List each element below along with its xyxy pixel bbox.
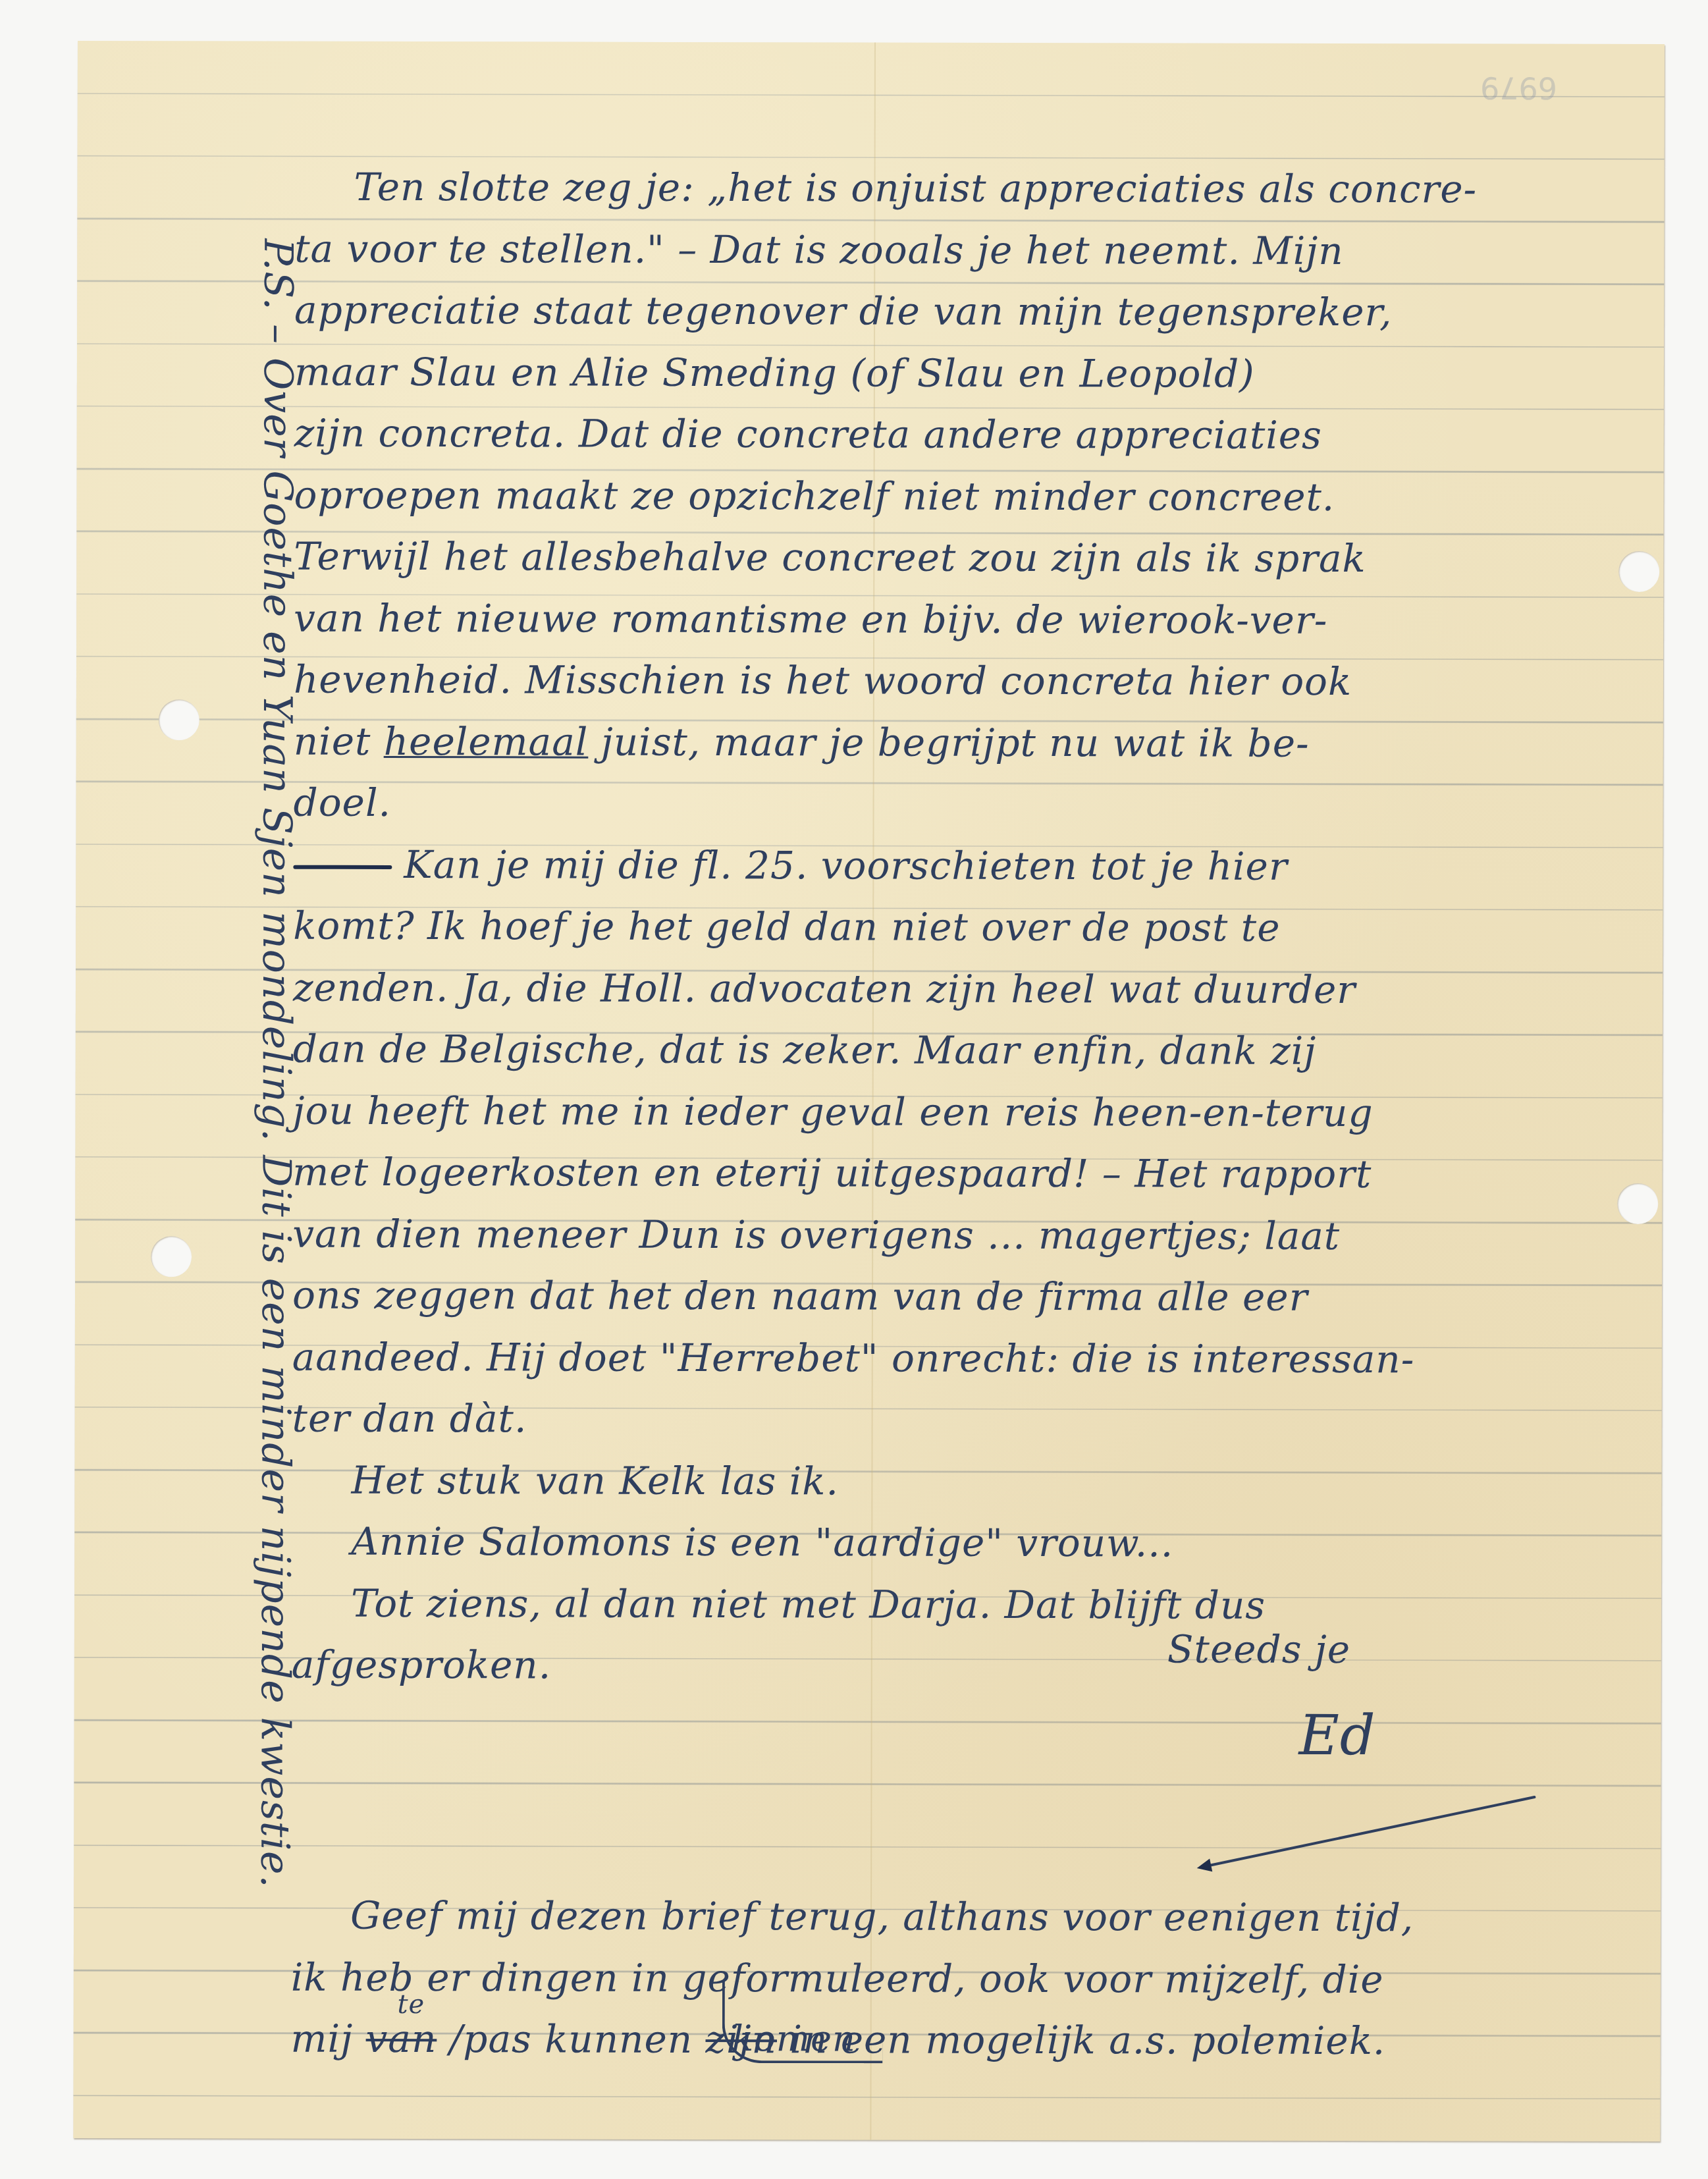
- letter-line: maar Slau en Alie Smeding (of Slau en Le…: [294, 341, 1664, 406]
- letter-line: Tot ziens, al dan niet met Darja. Dat bl…: [292, 1573, 1661, 1637]
- postscript-line: ik heb er dingen in geformuleerd, ook vo…: [291, 1947, 1661, 2011]
- letter-line: ons zeggen dat het den naam van de firma…: [292, 1265, 1662, 1330]
- signature: Ed: [1299, 1703, 1376, 1767]
- letter-line: Terwijl het allesbehalve concreet zou zi…: [294, 526, 1663, 591]
- letter-line: appreciatie staat tegenover die van mijn…: [294, 280, 1664, 344]
- letter-line: Annie Salomons is een "aardige" vrouw...: [292, 1511, 1661, 1576]
- letter-line-with-underline: niet heelemaal juist, maar je begrijpt n…: [294, 711, 1663, 775]
- letter-line: niet heelemaal juist, maar je begrijpt n…: [294, 718, 1310, 765]
- insertion-loop-mark: [722, 1981, 883, 2064]
- letter-line: dan de Belgische, dat is zeker. Maar enf…: [293, 1019, 1663, 1083]
- letter-line: Kan je mij die fl. 25. voorschieten tot …: [293, 834, 1663, 898]
- letter-line: komt? Ik hoef je het geld dan niet over …: [293, 896, 1663, 960]
- letter-line: zenden. Ja, die Holl. advocaten zijn hee…: [293, 957, 1663, 1021]
- letter-line: Het stuk van Kelk las ik.: [292, 1449, 1661, 1514]
- inserted-word: te: [397, 1991, 425, 2018]
- postscript-line-corrected: mij van te/pas kunnen zijn in een mogeli…: [291, 2008, 1661, 2073]
- paragraph-dash: [293, 865, 392, 869]
- letter-line: jou heeft het me in ieder geval een reis…: [292, 1080, 1662, 1144]
- letter-line: ta voor te stellen." – Dat is zooals je …: [294, 218, 1664, 282]
- letter-line: aandeed. Hij doet "Herrebet" onrecht: di…: [292, 1326, 1662, 1391]
- letter-line: ter dan dàt.: [292, 1388, 1662, 1453]
- letter-page: 6979 P.S. – Over Goethe en Yuan Sjen mon…: [73, 41, 1665, 2141]
- letter-body: Ten slotte zeg je: „het is onjuist appre…: [292, 157, 1665, 1699]
- punch-hole-left-top: [159, 699, 200, 740]
- letter-line: van dien meneer Dun is overigens ... mag…: [292, 1203, 1662, 1268]
- signature-arrow-icon: [1200, 1796, 1536, 1869]
- closing-phrase: Steeds je: [1167, 1627, 1350, 1672]
- letter-line-text: Kan je mij die fl. 25. voorschieten tot …: [404, 842, 1287, 889]
- punch-hole-left-bottom: [151, 1236, 192, 1277]
- letter-line: met logeerkosten en eterij uitgespaard! …: [292, 1142, 1662, 1206]
- struck-word: van: [366, 2016, 437, 2061]
- letter-line: hevenheid. Misschien is het woord concre…: [294, 649, 1663, 714]
- postscript-line: Geef mij dezen brief terug, althans voor…: [291, 1885, 1661, 1950]
- letter-line: oproepen maakt ze opzichzelf niet minder…: [294, 464, 1663, 529]
- letter-line: van het nieuwe romantisme en bijv. de wi…: [294, 587, 1663, 652]
- letter-line: zijn concreta. Dat die concreta andere a…: [294, 403, 1664, 468]
- word: mij: [291, 2016, 354, 2061]
- letter-line: Ten slotte zeg je: „het is onjuist appre…: [294, 157, 1664, 221]
- faint-archive-stamp: 6979: [1480, 70, 1557, 105]
- underlined-word: heelemaal: [384, 718, 589, 764]
- letter-line: doel.: [293, 772, 1663, 837]
- letter-line: afgesproken.: [292, 1634, 1661, 1699]
- bottom-postscript: Geef mij dezen brief terug, althans voor…: [291, 1885, 1661, 2073]
- word: pas kunnen: [463, 2016, 693, 2062]
